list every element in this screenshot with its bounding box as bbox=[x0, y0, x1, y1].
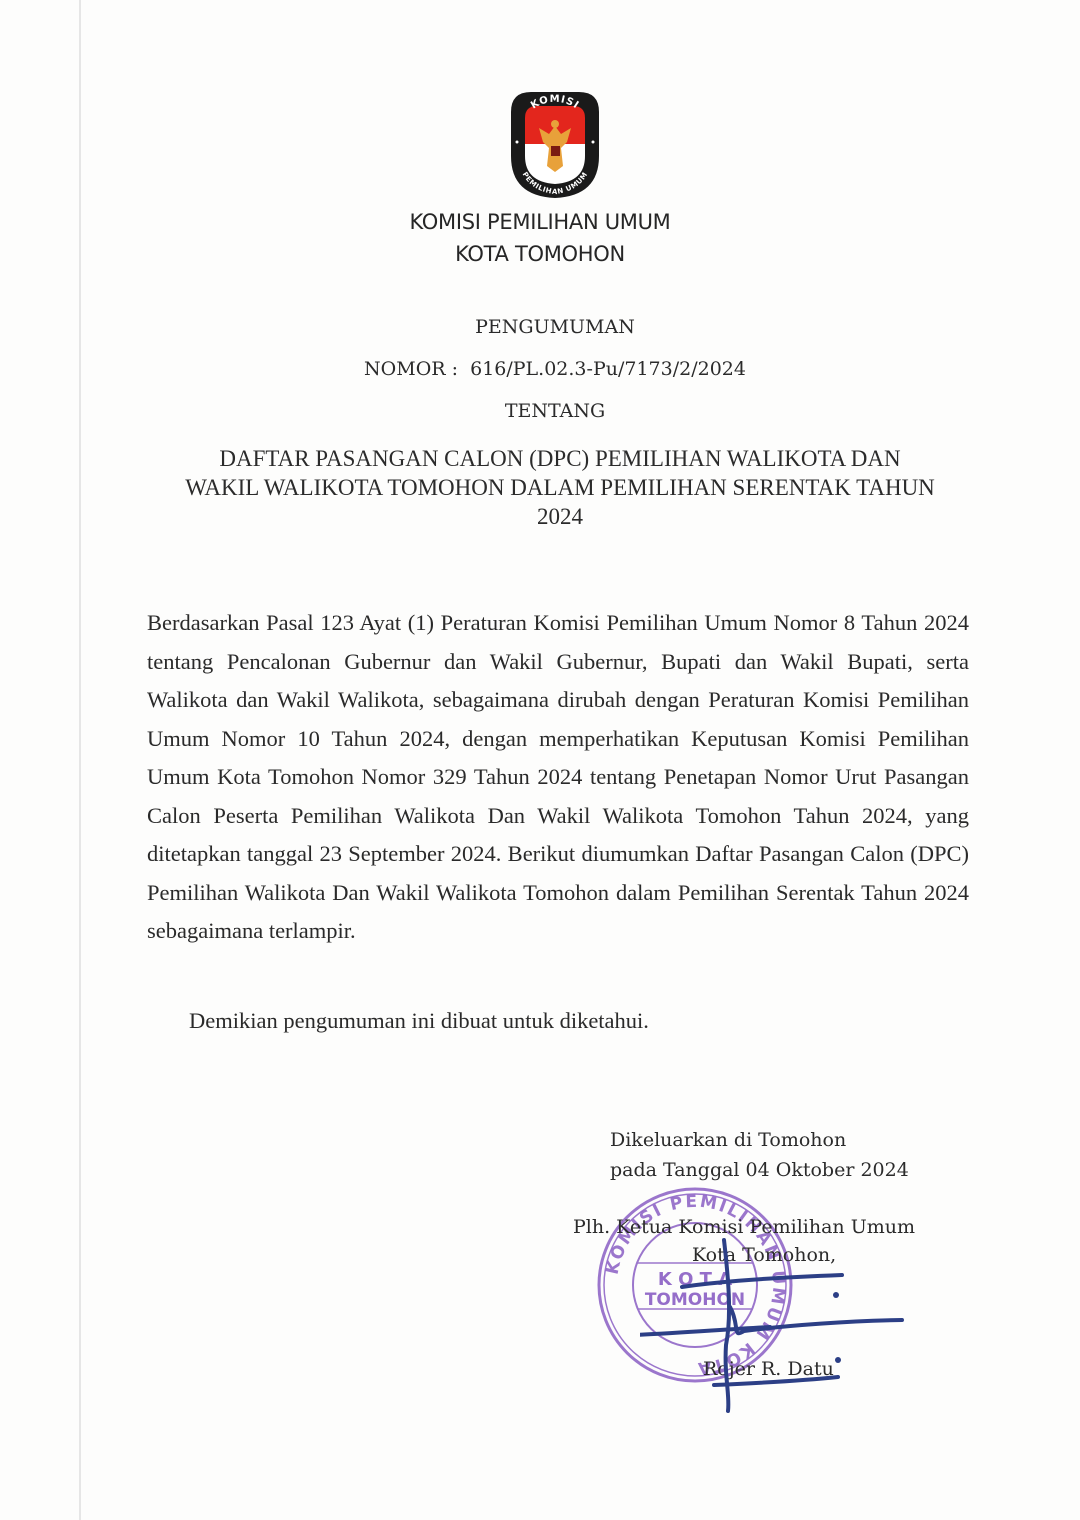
handwritten-signature bbox=[640, 1235, 920, 1415]
document-title-line: WAKIL WALIKOTA TOMOHON DALAM PEMILIHAN S… bbox=[150, 473, 970, 502]
body-paragraph: Berdasarkan Pasal 123 Ayat (1) Peraturan… bbox=[147, 604, 969, 951]
number-value: 616/PL.02.3-Pu/7173/2/2024 bbox=[470, 358, 746, 380]
document-type: PENGUMUMAN bbox=[0, 316, 1080, 338]
number-label: NOMOR : bbox=[364, 358, 458, 380]
issued-date: pada Tanggal 04 Oktober 2024 bbox=[610, 1159, 909, 1181]
closing-sentence: Demikian pengumuman ini dibuat untuk dik… bbox=[189, 1008, 649, 1034]
document-title-line: DAFTAR PASANGAN CALON (DPC) PEMILIHAN WA… bbox=[150, 444, 970, 473]
kpu-emblem-icon: KOMISI PEMILIHAN UMUM bbox=[503, 86, 607, 200]
organization-city: KOTA TOMOHON bbox=[0, 242, 1080, 266]
document-title-line: 2024 bbox=[150, 502, 970, 531]
issued-place: Dikeluarkan di Tomohon bbox=[610, 1129, 846, 1151]
about-label: TENTANG bbox=[0, 400, 1080, 422]
document-page: KOMISI PEMILIHAN UMUM KOMISI PEMILIHAN U… bbox=[0, 0, 1080, 1520]
document-number: NOMOR : 616/PL.02.3-Pu/7173/2/2024 bbox=[0, 358, 1080, 380]
organization-name: KOMISI PEMILIHAN UMUM bbox=[0, 210, 1080, 234]
